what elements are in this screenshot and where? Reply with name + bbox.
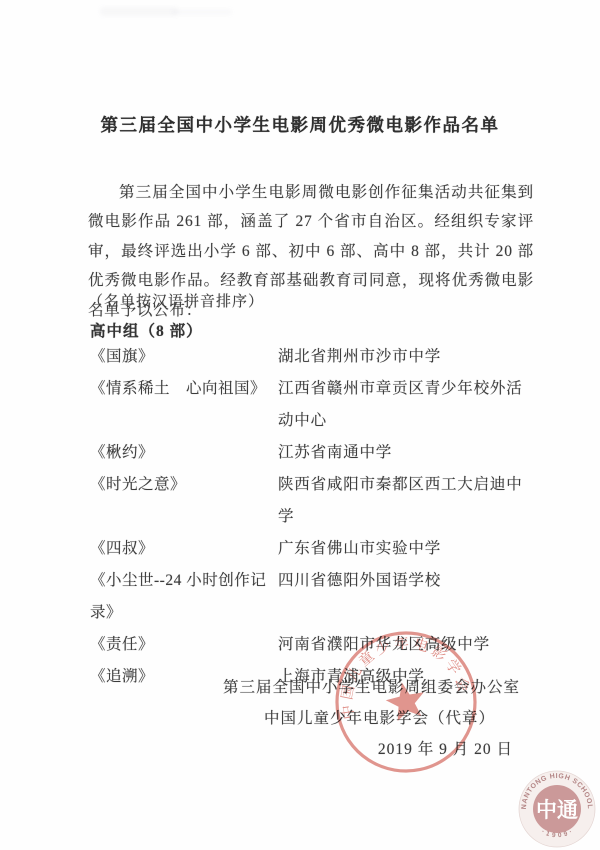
film-school: 湖北省荆州市沙市中学 (278, 341, 528, 373)
film-school: 河南省濮阳市华龙区高级中学 (278, 629, 528, 661)
logo-center-chars: 中通 (536, 798, 578, 822)
film-school: 江苏省南通中学 (278, 437, 528, 469)
page-title: 第三届全国中小学生电影周优秀微电影作品名单 (0, 112, 600, 137)
film-school: 陕西省咸阳市秦都区西工大启迪中学 (278, 469, 528, 533)
film-title: 《情系稀土 心向祖国》 (90, 373, 278, 405)
film-school: 四川省德阳外国语学校 (278, 565, 528, 597)
document-page: 第三届全国中小学生电影周优秀微电影作品名单 第三届全国中小学生电影周微电影创作征… (0, 0, 600, 850)
film-row: 《情系稀土 心向祖国》 江西省赣州市章贡区青少年校外活动中心 (90, 373, 540, 437)
group-heading: 高中组（8 部） (90, 319, 203, 341)
film-title: 《国旗》 (90, 341, 278, 373)
film-title: 《四叔》 (90, 533, 278, 565)
film-row: 《楸约》 江苏省南通中学 (90, 437, 540, 469)
sort-note: （名单按汉语拼音排序） (88, 290, 264, 311)
film-row: 《责任》 河南省濮阳市华龙区高级中学 (90, 629, 540, 661)
film-title: 《时光之意》 (90, 469, 278, 501)
film-title: 《楸约》 (90, 437, 278, 469)
film-row: 《国旗》 湖北省荆州市沙市中学 (90, 341, 540, 373)
film-row: 《四叔》 广东省佛山市实验中学 (90, 533, 540, 565)
film-row: 《小尘世--24 小时创作记录》 四川省德阳外国语学校 (90, 565, 540, 629)
film-school: 江西省赣州市章贡区青少年校外活动中心 (278, 373, 528, 437)
scan-smudge-2 (172, 9, 232, 15)
film-title: 《责任》 (90, 629, 278, 661)
film-row: 《时光之意》 陕西省咸阳市秦都区西工大启迪中学 (90, 469, 540, 533)
film-title: 《小尘世--24 小时创作记录》 (90, 565, 278, 629)
signature-date: 2019 年 9 月 20 日 (223, 734, 520, 765)
signature-org: 第三届全国中小学生电影周组委会办公室 (223, 672, 520, 703)
signature-society: 中国儿童少年电影学会（代章） (223, 703, 520, 734)
school-logo: NANTONG HIGH SCHOOL · 1 9 0 9 · 中通 (517, 769, 597, 849)
signature-block: 第三届全国中小学生电影周组委会办公室 中国儿童少年电影学会（代章） 2019 年… (223, 672, 520, 765)
film-list: 《国旗》 湖北省荆州市沙市中学 《情系稀土 心向祖国》 江西省赣州市章贡区青少年… (90, 341, 540, 693)
scan-smudge (100, 7, 178, 16)
film-school: 广东省佛山市实验中学 (278, 533, 528, 565)
